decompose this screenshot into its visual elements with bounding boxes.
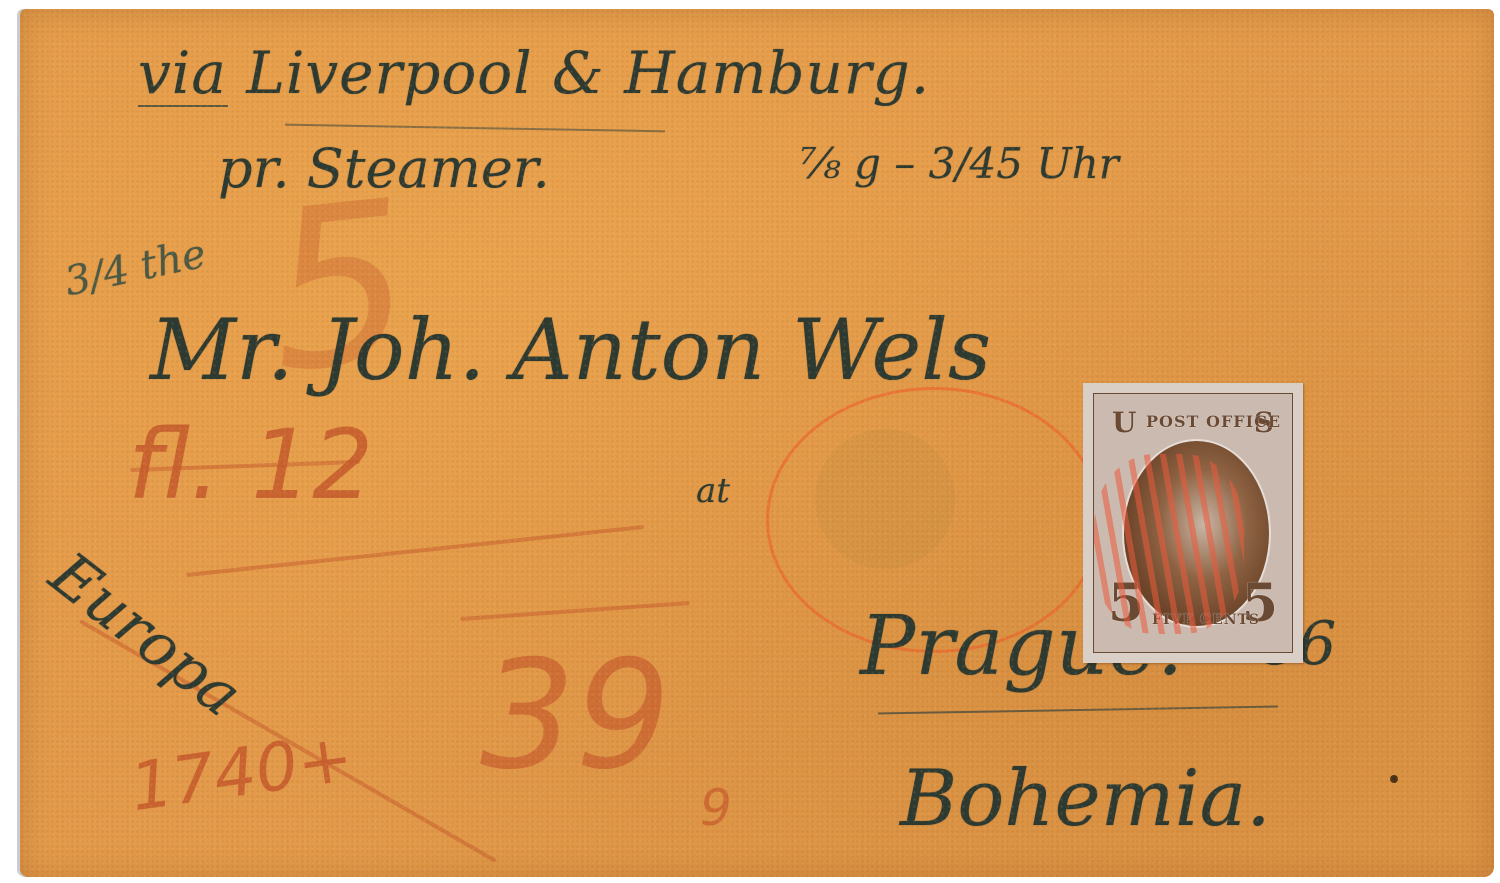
side-fraction-note: 3/4 the: [61, 231, 210, 306]
pencil-stroke: [186, 525, 644, 577]
ship-name: Europa: [37, 539, 255, 730]
pencil-sub-mark: 9: [700, 779, 732, 837]
route-instruction: via Liverpool & Hamburg.: [138, 39, 930, 107]
red-grid-cancel: [1094, 454, 1244, 634]
stamp-top-label: POST OFFICE: [1146, 412, 1281, 431]
steamer-instruction: pr. Steamer.: [218, 137, 550, 200]
pencil-florin-rate: fl. 12: [128, 409, 373, 521]
pencil-reference-code: 1740+: [126, 719, 358, 826]
ink-spot: [1390, 775, 1398, 783]
stamp-country-left: U: [1112, 406, 1136, 439]
addressee-name: Mr. Joh. Anton Wels: [150, 301, 991, 399]
route-rule: [285, 124, 665, 133]
stamp-frame: U S POST OFFICE 5 5 FIVE CENTS: [1093, 393, 1293, 653]
pencil-stroke: [460, 601, 690, 621]
route-underline: [138, 105, 228, 107]
postage-stamp: U S POST OFFICE 5 5 FIVE CENTS: [1083, 383, 1303, 663]
address-at: at: [696, 471, 730, 511]
pencil-total-due: 39: [480, 629, 671, 803]
postmark-center: [815, 429, 955, 569]
destination-country: Bohemia.: [900, 754, 1271, 844]
city-underline: [878, 706, 1278, 715]
rate-note: ⅞ g – 3/45 Uhr: [800, 139, 1119, 188]
